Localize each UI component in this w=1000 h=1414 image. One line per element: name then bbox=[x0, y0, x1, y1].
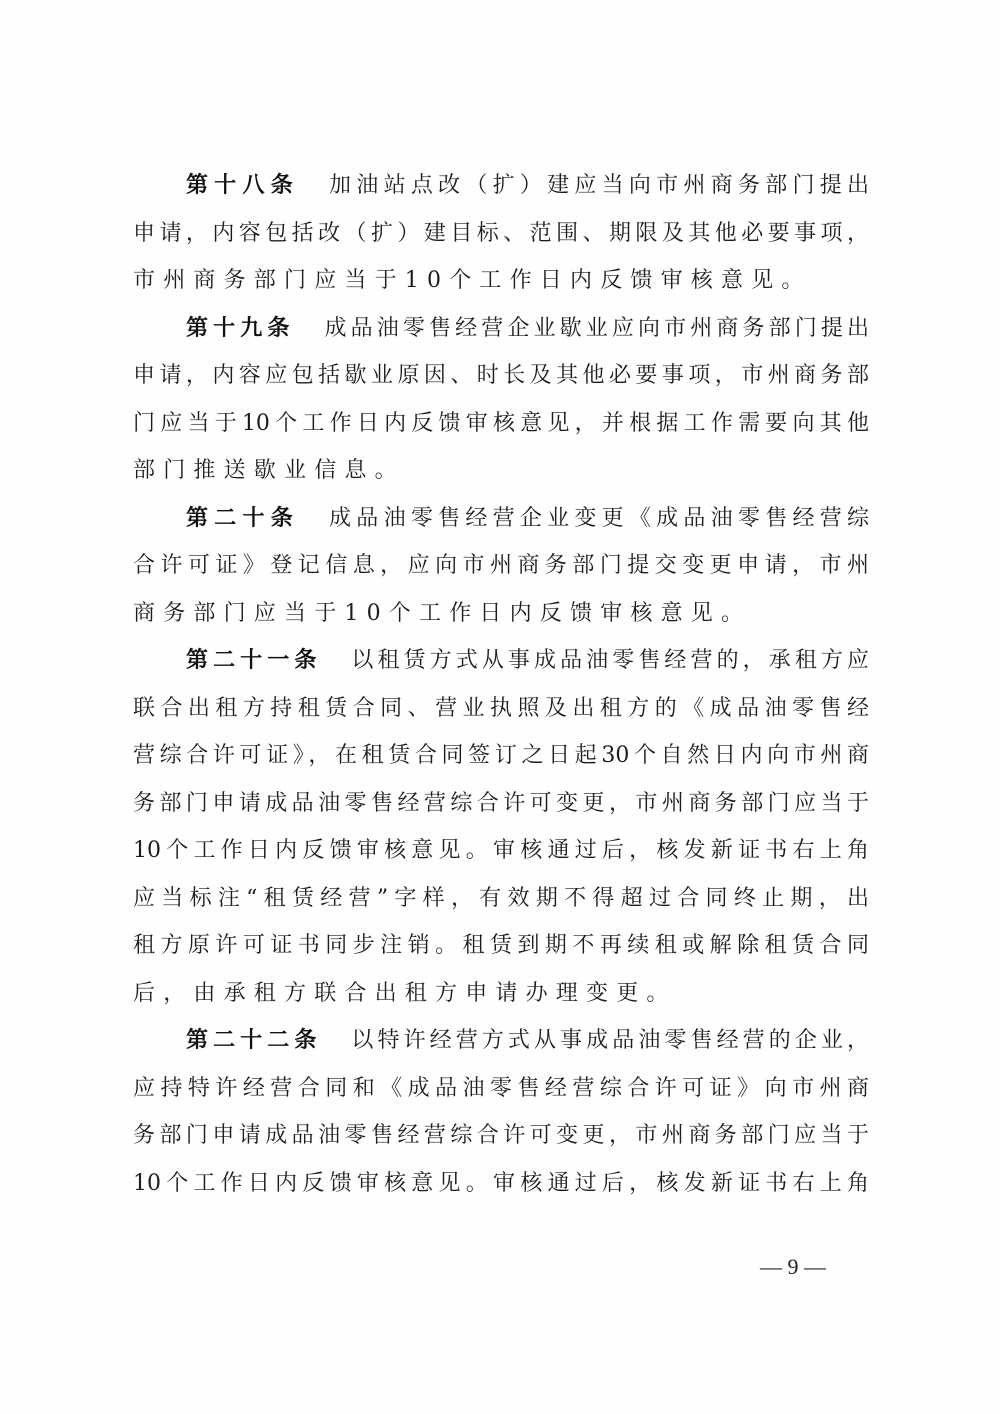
article-line: 第二十条成品油零售经营企业变更《成品油零售经营综 bbox=[133, 495, 869, 543]
article-text: 以租赁方式从事成品油零售经营的，承租方应 bbox=[351, 648, 869, 673]
document-page: 第十八条加油站点改（扩）建应当向市州商务部门提出 申请，内容包括改（扩）建目标、… bbox=[0, 0, 1000, 1414]
article-line: 第二十一条以租赁方式从事成品油零售经营的，承租方应 bbox=[133, 637, 869, 685]
article-line: 第十九条成品油零售经营企业歇业应向市州商务部门提出 bbox=[133, 305, 869, 353]
article-line: 部门推送歇业信息。 bbox=[133, 447, 869, 495]
article-20: 第二十条成品油零售经营企业变更《成品油零售经营综 合许可证》登记信息，应向市州商… bbox=[133, 495, 869, 638]
article-line: 应当标注“租赁经营”字样，有效期不得超过合同终止期，出 bbox=[133, 875, 869, 923]
article-line: 10个工作日内反馈审核意见。审核通过后，核发新证书右上角 bbox=[133, 1160, 869, 1208]
article-line: 联合出租方持租赁合同、营业执照及出租方的《成品油零售经 bbox=[133, 685, 869, 733]
article-line: 务部门申请成品油零售经营综合许可变更，市州商务部门应当于 bbox=[133, 1112, 869, 1160]
article-text: 以特许经营方式从事成品油零售经营的企业， bbox=[351, 1028, 869, 1053]
article-18: 第十八条加油站点改（扩）建应当向市州商务部门提出 申请，内容包括改（扩）建目标、… bbox=[133, 162, 869, 305]
document-body: 第十八条加油站点改（扩）建应当向市州商务部门提出 申请，内容包括改（扩）建目标、… bbox=[133, 162, 869, 1207]
article-line: 第二十二条以特许经营方式从事成品油零售经营的企业， bbox=[133, 1017, 869, 1065]
article-number: 第二十条 bbox=[186, 506, 299, 531]
article-line: 申请，内容包括改（扩）建目标、范围、期限及其他必要事项， bbox=[133, 210, 869, 258]
article-21: 第二十一条以租赁方式从事成品油零售经营的，承租方应 联合出租方持租赁合同、营业执… bbox=[133, 637, 869, 1017]
article-19: 第十九条成品油零售经营企业歇业应向市州商务部门提出 申请，内容应包括歇业原因、时… bbox=[133, 305, 869, 495]
article-number: 第十八条 bbox=[186, 173, 299, 198]
article-line: 应持特许经营合同和《成品油零售经营综合许可证》向市州商 bbox=[133, 1065, 869, 1113]
page-number: — 9 — bbox=[760, 1254, 826, 1280]
article-line: 第十八条加油站点改（扩）建应当向市州商务部门提出 bbox=[133, 162, 869, 210]
article-line: 租方原许可证书同步注销。租赁到期不再续租或解除租赁合同 bbox=[133, 922, 869, 970]
article-22: 第二十二条以特许经营方式从事成品油零售经营的企业， 应持特许经营合同和《成品油零… bbox=[133, 1017, 869, 1207]
article-line: 10个工作日内反馈审核意见。审核通过后，核发新证书右上角 bbox=[133, 827, 869, 875]
article-number: 第二十二条 bbox=[186, 1028, 321, 1053]
article-line: 营综合许可证》，在租赁合同签订之日起30个自然日内向市州商 bbox=[133, 732, 869, 780]
article-number: 第十九条 bbox=[186, 316, 295, 341]
article-line: 门应当于10个工作日内反馈审核意见，并根据工作需要向其他 bbox=[133, 400, 869, 448]
article-line: 务部门申请成品油零售经营综合许可变更，市州商务部门应当于 bbox=[133, 780, 869, 828]
article-line: 后，由承租方联合出租方申请办理变更。 bbox=[133, 970, 869, 1018]
article-number: 第二十一条 bbox=[186, 648, 321, 673]
article-line: 市州商务部门应当于10个工作日内反馈审核意见。 bbox=[133, 257, 869, 305]
article-line: 申请，内容应包括歇业原因、时长及其他必要事项，市州商务部 bbox=[133, 352, 869, 400]
article-line: 合许可证》登记信息，应向市州商务部门提交变更申请，市州 bbox=[133, 542, 869, 590]
article-text: 成品油零售经营企业歇业应向市州商务部门提出 bbox=[325, 316, 869, 341]
article-text: 加油站点改（扩）建应当向市州商务部门提出 bbox=[329, 173, 869, 198]
article-text: 成品油零售经营企业变更《成品油零售经营综 bbox=[329, 506, 869, 531]
article-line: 商务部门应当于10个工作日内反馈审核意见。 bbox=[133, 590, 869, 638]
